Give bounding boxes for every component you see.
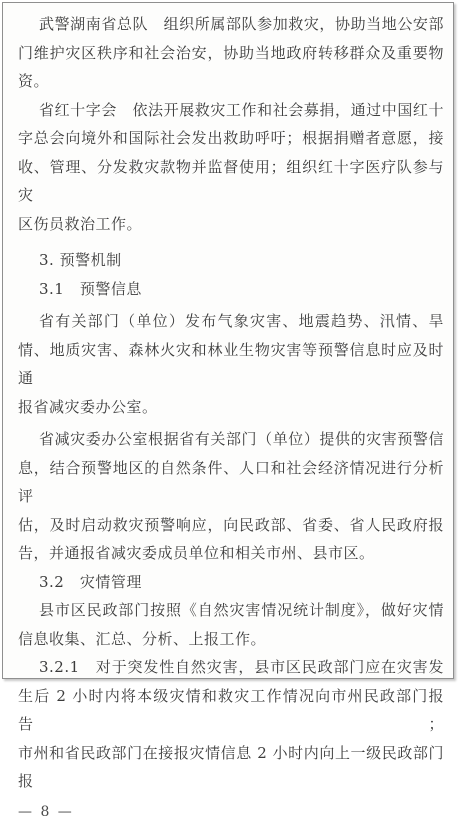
paragraph-line: 省红十字会 依法开展救灾工作和社会募捐，通过中国红十 [18, 96, 444, 125]
paragraph-line: 情、地质灾害、森林火灾和林业生物灾害等预警信息时应及时通 [18, 336, 444, 393]
paragraph-line: 资。 [18, 67, 444, 96]
paragraph-line: 信息收集、汇总、分析、上报工作。 [18, 625, 444, 654]
document-page: 武警湖南省总队 组织所属部队参加救灾，协助当地公安部 门维护灾区秩序和社会治安，… [2, 2, 454, 679]
paragraph-line: 收、管理、分发救灾款物并监督使用；组织红十字医疗队参与灾 [18, 153, 444, 210]
document-body: 武警湖南省总队 组织所属部队参加救灾，协助当地公安部 门维护灾区秩序和社会治安，… [18, 10, 444, 684]
paragraph-line: 估，及时启动救灾预警响应，向民政部、省委、省人民政府报 [18, 511, 444, 540]
subsection-heading: 3.2 灾情管理 [18, 568, 444, 597]
subsection-heading: 3.1 预警信息 [18, 275, 444, 304]
paragraph-line: 字总会向境外和国际社会发出救助呼吁；根据捐赠者意愿，接 [18, 124, 444, 153]
paragraph-line: 武警湖南省总队 组织所属部队参加救灾，协助当地公安部 [18, 10, 444, 39]
paragraph-line: 门维护灾区秩序和社会治安，协助当地政府转移群众及重要物 [18, 39, 444, 68]
section-heading: 3. 预警机制 [18, 246, 444, 275]
paragraph-line: 区伤员救治工作。 [18, 210, 444, 239]
paragraph-line: 省有关部门（单位）发布气象灾害、地震趋势、汛情、旱 [18, 307, 444, 336]
paragraph-line: 报省减灾委办公室。 [18, 393, 444, 422]
paragraph-line: 县市区民政部门按照《自然灾害情况统计制度》，做好灾情 [18, 596, 444, 625]
paragraph-line: 3.2.1 对于突发性自然灾害，县市区民政部门应在灾害发 [18, 653, 444, 682]
paragraph-line: 告，并通报省减灾委成员单位和相关市州、县市区。 [18, 539, 444, 568]
paragraph-line: 省减灾委办公室根据省有关部门（单位）提供的灾害预警信 [18, 425, 444, 454]
paragraph-line: 息，结合预警地区的自然条件、人口和社会经济情况进行分析评 [18, 454, 444, 511]
